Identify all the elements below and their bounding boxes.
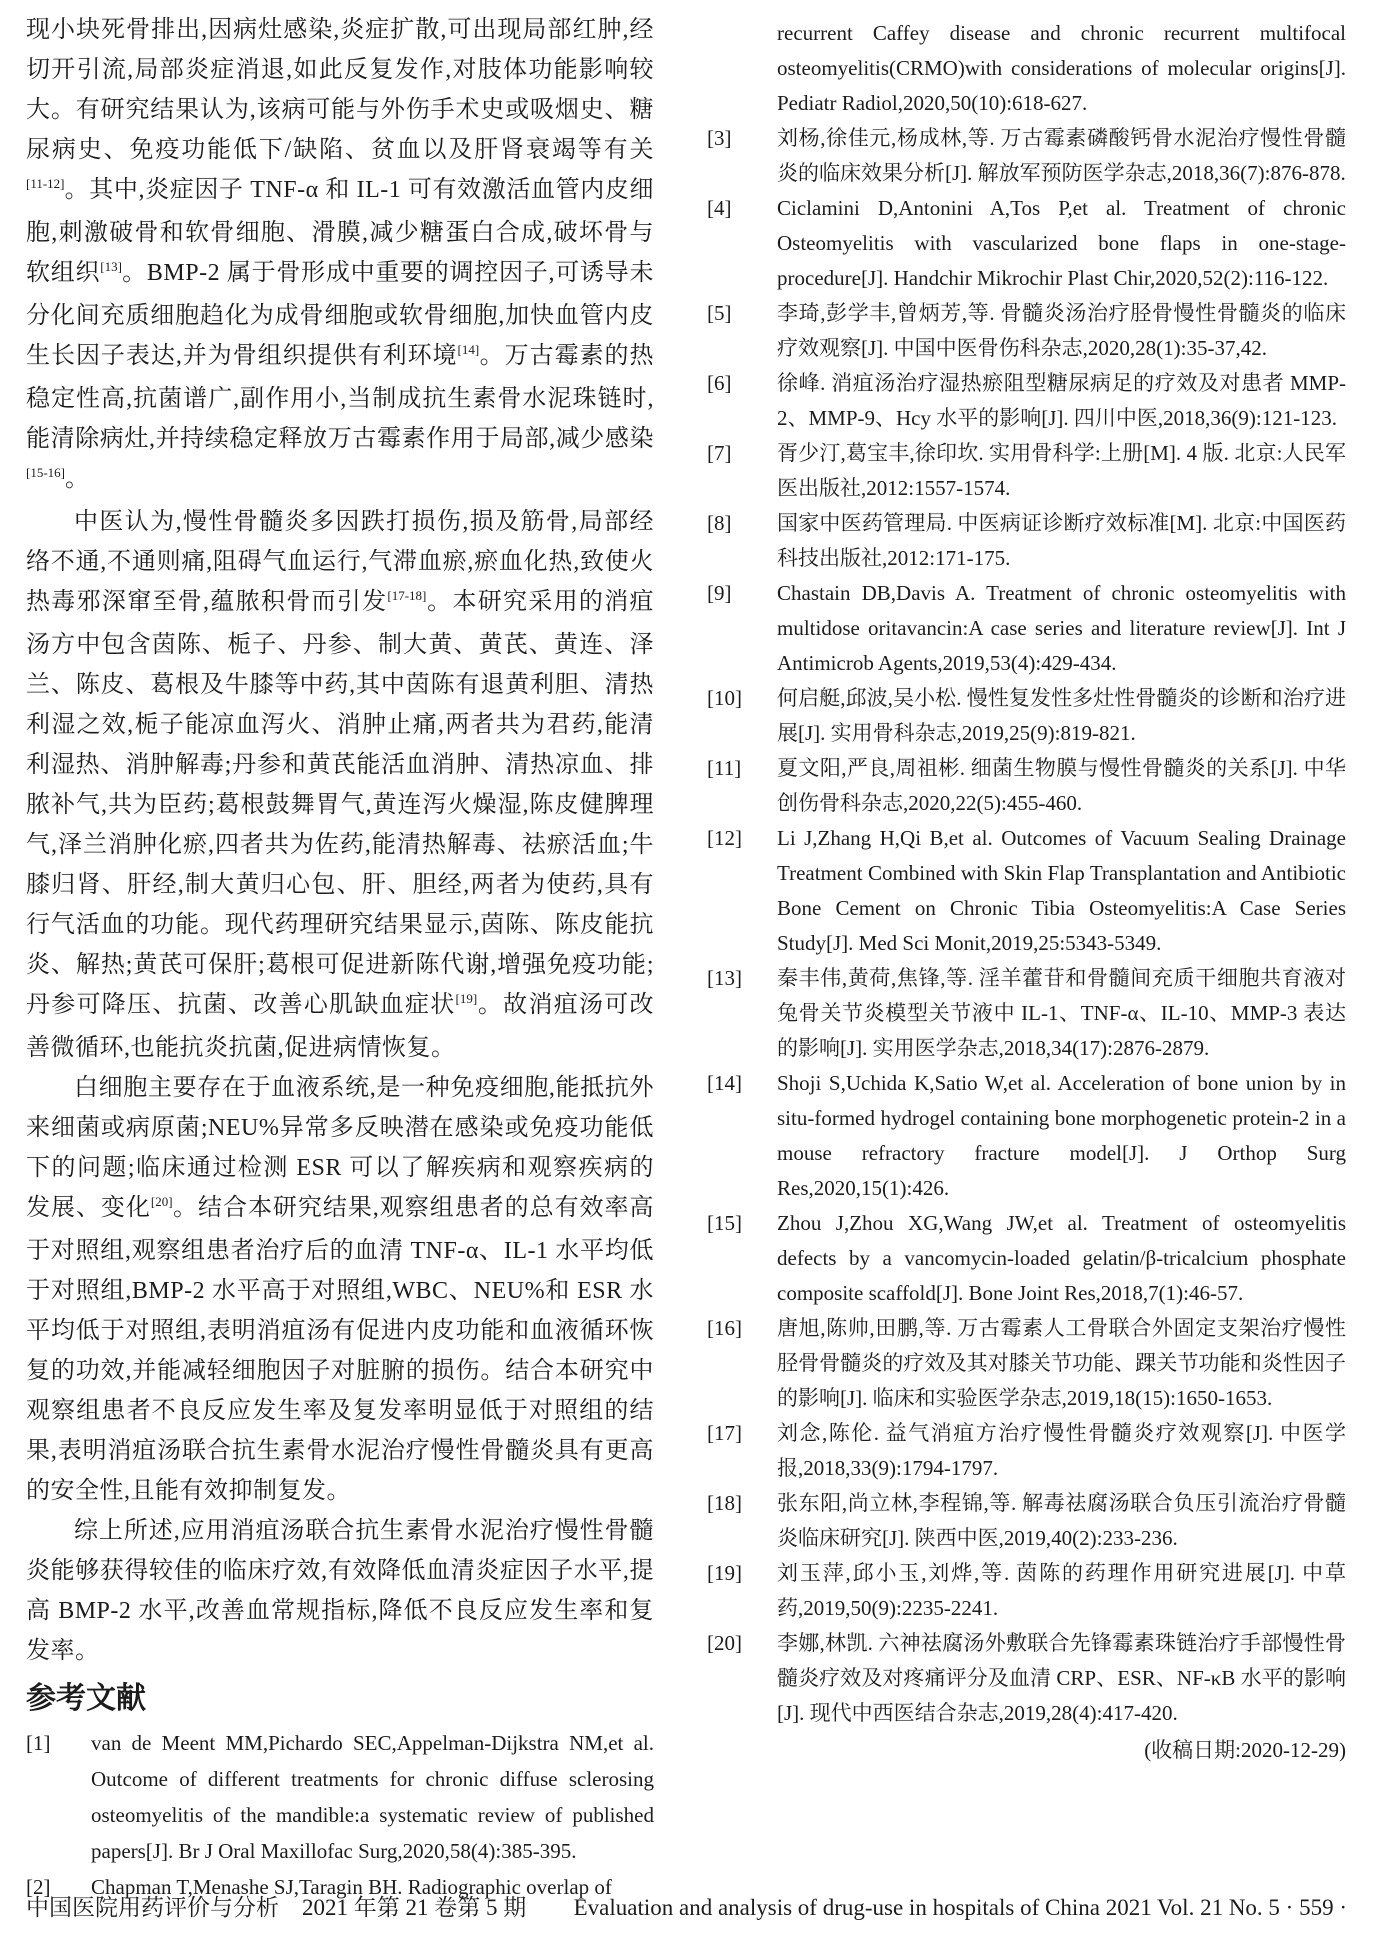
page-footer: 中国医院用药评价与分析 2021 年第 21 卷第 5 期 Evaluation…: [26, 1893, 1347, 1923]
reference-number: [8]: [707, 506, 732, 541]
reference-text: Zhou J,Zhou XG,Wang JW,et al. Treatment …: [777, 1211, 1346, 1305]
reference-number: [20]: [707, 1626, 742, 1661]
reference-number: [15]: [707, 1206, 742, 1241]
reference-number: [18]: [707, 1486, 742, 1521]
reference-number: [5]: [707, 296, 732, 331]
reference-text: Shoji S,Uchida K,Satio W,et al. Accelera…: [777, 1071, 1346, 1200]
reference-text: Ciclamini D,Antonini A,Tos P,et al. Trea…: [777, 196, 1346, 290]
reference-item: [7]胥少汀,葛宝丰,徐印坎. 实用骨科学:上册[M]. 4 版. 北京:人民军…: [707, 436, 1346, 506]
reference-text: Chastain DB,Davis A. Treatment of chroni…: [777, 581, 1346, 675]
reference-item: [3]刘杨,徐佳元,杨成林,等. 万古霉素磷酸钙骨水泥治疗慢性骨髓炎的临床效果分…: [707, 121, 1346, 191]
reference-item: [16]唐旭,陈帅,田鹏,等. 万古霉素人工骨联合外固定支架治疗慢性胫骨骨髓炎的…: [707, 1311, 1346, 1416]
reference-text: 徐峰. 消疽汤治疗湿热瘀阻型糖尿病足的疗效及对患者 MMP-2、MMP-9、Hc…: [777, 371, 1346, 430]
left-column: 现小块死骨排出,因病灶感染,炎症扩散,可出现局部红肿,经切开引流,局部炎症消退,…: [26, 10, 654, 1905]
body-paragraphs: 现小块死骨排出,因病灶感染,炎症扩散,可出现局部红肿,经切开引流,局部炎症消退,…: [26, 10, 654, 1671]
right-column: recurrent Caffey disease and chronic rec…: [707, 16, 1346, 1768]
received-date: (收稿日期:2020-12-29): [707, 1733, 1346, 1768]
body-paragraph: 综上所述,应用消疽汤联合抗生素骨水泥治疗慢性骨髓炎能够获得较佳的临床疗效,有效降…: [26, 1511, 654, 1671]
reference-text: 刘念,陈伦. 益气消疽方治疗慢性骨髓炎疗效观察[J]. 中医学报,2018,33…: [777, 1421, 1346, 1480]
reference-item: [19]刘玉萍,邱小玉,刘烨,等. 茵陈的药理作用研究进展[J]. 中草药,20…: [707, 1556, 1346, 1626]
text-segment: 。: [65, 466, 90, 492]
citation-superscript: [11-12]: [26, 176, 65, 191]
reference-item: [10]何启艇,邱波,吴小松. 慢性复发性多灶性骨髓炎的诊断和治疗进展[J]. …: [707, 681, 1346, 751]
reference-item: [13]秦丰伟,黄荷,焦锋,等. 淫羊藿苷和骨髓间充质干细胞共育液对兔骨关节炎模…: [707, 961, 1346, 1066]
reference-text: 唐旭,陈帅,田鹏,等. 万古霉素人工骨联合外固定支架治疗慢性胫骨骨髓炎的疗效及其…: [777, 1316, 1346, 1410]
reference-item: [5]李琦,彭学丰,曾炳芳,等. 骨髓炎汤治疗胫骨慢性骨髓炎的临床疗效观察[J]…: [707, 296, 1346, 366]
citation-superscript: [19]: [455, 991, 477, 1006]
citation-superscript: [15-16]: [26, 465, 65, 480]
reference-text: 夏文阳,严良,周祖彬. 细菌生物膜与慢性骨髓炎的关系[J]. 中华创伤骨科杂志,…: [777, 756, 1346, 815]
citation-superscript: [13]: [100, 259, 122, 274]
reference-text: 李琦,彭学丰,曾炳芳,等. 骨髓炎汤治疗胫骨慢性骨髓炎的临床疗效观察[J]. 中…: [777, 301, 1346, 360]
citation-superscript: [17-18]: [387, 588, 426, 603]
reference-item: [15]Zhou J,Zhou XG,Wang JW,et al. Treatm…: [707, 1206, 1346, 1311]
reference-text: 何启艇,邱波,吴小松. 慢性复发性多灶性骨髓炎的诊断和治疗进展[J]. 实用骨科…: [777, 686, 1346, 745]
reference-text: 李娜,林凯. 六神祛腐汤外敷联合先锋霉素珠链治疗手部慢性骨髓炎疗效及对疼痛评分及…: [777, 1631, 1346, 1725]
reference-continuation: recurrent Caffey disease and chronic rec…: [707, 16, 1346, 121]
reference-item: [9]Chastain DB,Davis A. Treatment of chr…: [707, 576, 1346, 681]
reference-text: van de Meent MM,Pichardo SEC,Appelman-Di…: [91, 1731, 654, 1863]
reference-item: [11]夏文阳,严良,周祖彬. 细菌生物膜与慢性骨髓炎的关系[J]. 中华创伤骨…: [707, 751, 1346, 821]
reference-text: 胥少汀,葛宝丰,徐印坎. 实用骨科学:上册[M]. 4 版. 北京:人民军医出版…: [777, 441, 1346, 500]
reference-item: [12]Li J,Zhang H,Qi B,et al. Outcomes of…: [707, 821, 1346, 961]
reference-item: [20]李娜,林凯. 六神祛腐汤外敷联合先锋霉素珠链治疗手部慢性骨髓炎疗效及对疼…: [707, 1626, 1346, 1731]
reference-number: [7]: [707, 436, 732, 471]
reference-text: 秦丰伟,黄荷,焦锋,等. 淫羊藿苷和骨髓间充质干细胞共育液对兔骨关节炎模型关节液…: [777, 966, 1346, 1060]
text-segment: 现小块死骨排出,因病灶感染,炎症扩散,可出现局部红肿,经切开引流,局部炎症消退,…: [26, 17, 654, 163]
reference-number: [12]: [707, 821, 742, 856]
reference-number: [16]: [707, 1311, 742, 1346]
footer-journal-title-en: Evaluation and analysis of drug-use in h…: [574, 1893, 1347, 1923]
references-heading: 参考文献: [26, 1679, 654, 1719]
reference-text: 国家中医药管理局. 中医病证诊断疗效标准[M]. 北京:中国医药科技出版社,20…: [777, 511, 1346, 570]
reference-number: [1]: [26, 1725, 51, 1761]
body-paragraph: 现小块死骨排出,因病灶感染,炎症扩散,可出现局部红肿,经切开引流,局部炎症消退,…: [26, 10, 654, 502]
body-paragraph: 白细胞主要存在于血液系统,是一种免疫细胞,能抵抗外来细菌或病原菌;NEU%异常多…: [26, 1068, 654, 1511]
reference-item: [14]Shoji S,Uchida K,Satio W,et al. Acce…: [707, 1066, 1346, 1206]
citation-superscript: [14]: [458, 342, 480, 357]
reference-number: [17]: [707, 1416, 742, 1451]
references-list-right: [3]刘杨,徐佳元,杨成林,等. 万古霉素磷酸钙骨水泥治疗慢性骨髓炎的临床效果分…: [707, 121, 1346, 1731]
reference-text: 刘杨,徐佳元,杨成林,等. 万古霉素磷酸钙骨水泥治疗慢性骨髓炎的临床效果分析[J…: [777, 126, 1346, 185]
citation-superscript: [20]: [151, 1194, 173, 1209]
reference-number: [6]: [707, 366, 732, 401]
reference-item: [8]国家中医药管理局. 中医病证诊断疗效标准[M]. 北京:中国医药科技出版社…: [707, 506, 1346, 576]
reference-item: [6]徐峰. 消疽汤治疗湿热瘀阻型糖尿病足的疗效及对患者 MMP-2、MMP-9…: [707, 366, 1346, 436]
reference-item: [18]张东阳,尚立林,李程锦,等. 解毒祛腐汤联合负压引流治疗骨髓炎临床研究[…: [707, 1486, 1346, 1556]
text-segment: 综上所述,应用消疽汤联合抗生素骨水泥治疗慢性骨髓炎能够获得较佳的临床疗效,有效降…: [26, 1518, 654, 1664]
text-segment: 。结合本研究结果,观察组患者的总有效率高于对照组,观察组患者治疗后的血清 TNF…: [26, 1195, 654, 1504]
reference-number: [10]: [707, 681, 742, 716]
reference-text: 张东阳,尚立林,李程锦,等. 解毒祛腐汤联合负压引流治疗骨髓炎临床研究[J]. …: [777, 1491, 1346, 1550]
text-segment: 。本研究采用的消疽汤方中包含茵陈、栀子、丹参、制大黄、黄芪、黄连、泽兰、陈皮、葛…: [26, 589, 654, 1018]
references-list-left: [1]van de Meent MM,Pichardo SEC,Appelman…: [26, 1725, 654, 1905]
footer-journal-title-cn: 中国医院用药评价与分析 2021 年第 21 卷第 5 期: [26, 1893, 526, 1923]
reference-number: [4]: [707, 191, 732, 226]
body-paragraph: 中医认为,慢性骨髓炎多因跌打损伤,损及筋骨,局部经络不通,不通则痛,阻碍气血运行…: [26, 502, 654, 1068]
reference-item: [1]van de Meent MM,Pichardo SEC,Appelman…: [26, 1725, 654, 1869]
reference-number: [13]: [707, 961, 742, 996]
reference-number: [14]: [707, 1066, 742, 1101]
reference-number: [19]: [707, 1556, 742, 1591]
reference-number: [9]: [707, 576, 732, 611]
reference-item: [17]刘念,陈伦. 益气消疽方治疗慢性骨髓炎疗效观察[J]. 中医学报,201…: [707, 1416, 1346, 1486]
reference-number: [3]: [707, 121, 732, 156]
reference-number: [11]: [707, 751, 741, 786]
journal-page: 现小块死骨排出,因病灶感染,炎症扩散,可出现局部红肿,经切开引流,局部炎症消退,…: [0, 0, 1375, 1940]
reference-text: 刘玉萍,邱小玉,刘烨,等. 茵陈的药理作用研究进展[J]. 中草药,2019,5…: [777, 1561, 1346, 1620]
reference-text: Li J,Zhang H,Qi B,et al. Outcomes of Vac…: [777, 826, 1346, 955]
reference-item: [4]Ciclamini D,Antonini A,Tos P,et al. T…: [707, 191, 1346, 296]
